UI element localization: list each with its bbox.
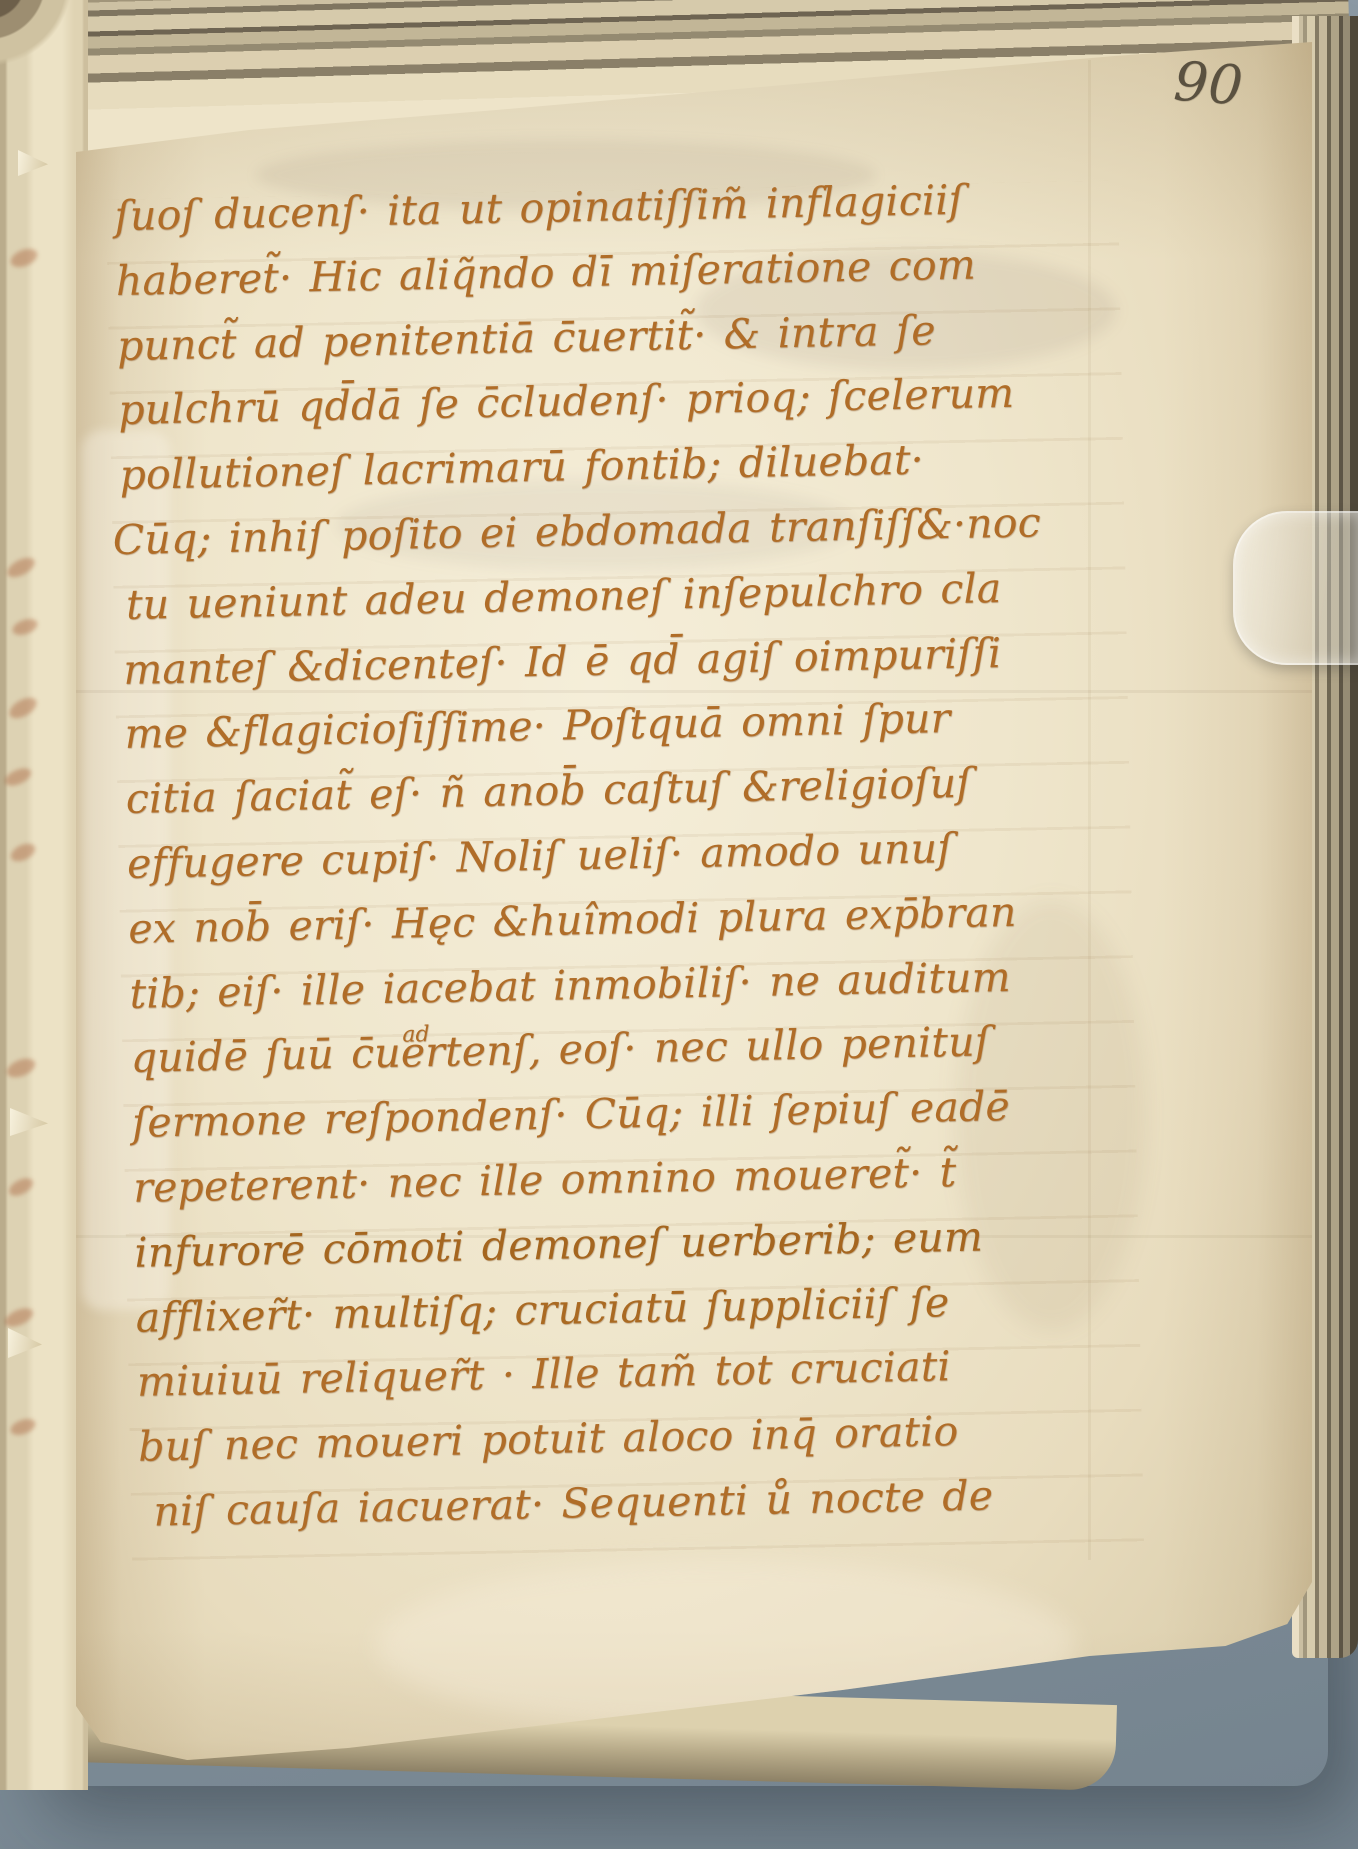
parchment-page: 90 ſuoſ ducenſ· ita ut opinatiſſim̃ infl… (76, 0, 1312, 1810)
interlinear-correction: ad (402, 1024, 430, 1047)
text-block: ſuoſ ducenſ· ita ut opinatiſſim̃ inflagi… (114, 165, 1140, 1545)
folio-number: 90 (1172, 50, 1245, 118)
ink-bleed-mark (8, 1416, 37, 1438)
parchment-tear (18, 150, 48, 176)
ink-bleed-mark (2, 765, 33, 789)
ink-bleed-mark (4, 554, 38, 581)
ink-bleed-mark (8, 245, 40, 270)
ink-bleed-mark (4, 1055, 38, 1081)
parchment-tear (8, 1328, 42, 1358)
ink-bleed-mark (2, 1305, 36, 1331)
top-left-page-curl (0, 0, 90, 150)
ink-bleed-mark (6, 694, 40, 723)
parchment-tear (10, 1108, 48, 1136)
ink-bleed-mark (6, 1175, 36, 1200)
manuscript-photo: 90 ſuoſ ducenſ· ita ut opinatiſſim̃ infl… (0, 0, 1358, 1849)
plastic-page-tab (1233, 511, 1358, 665)
previous-leaf-edge (0, 0, 88, 1790)
ink-bleed-mark (8, 840, 38, 865)
ink-bleed-mark (10, 616, 39, 638)
